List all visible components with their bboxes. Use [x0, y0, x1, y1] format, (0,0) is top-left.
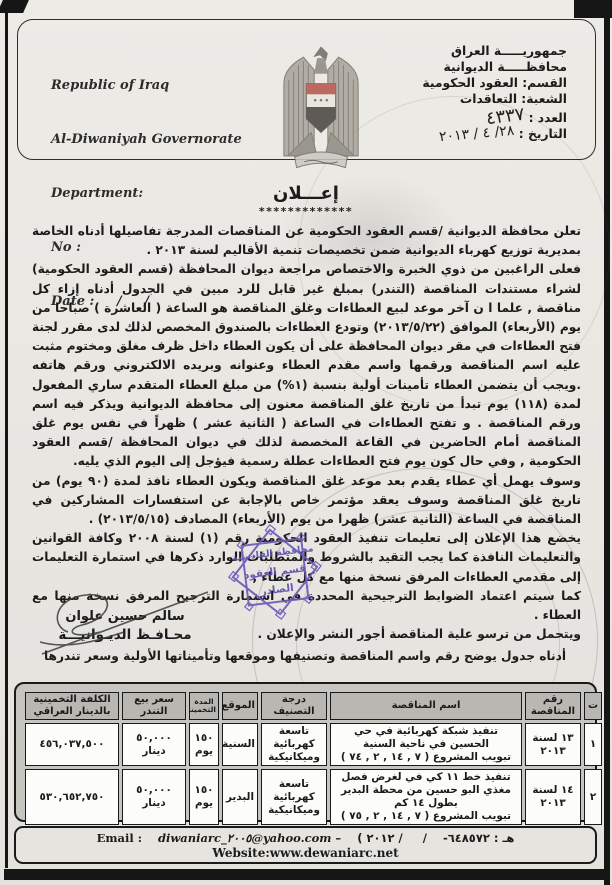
number-label-ar: العدد :: [529, 111, 567, 125]
cell-tender-number: ١٣ لسنة ٢٠١٣: [525, 723, 581, 766]
cell-tender-number: ١٤ لسنة ٢٠١٣: [525, 769, 581, 825]
contact-line: Email : diwaniarc_٢٠٠٥@yahoo.com – ( ٢٠١…: [16, 831, 595, 845]
document-number-line: العدد : ٤٣٣٧: [377, 109, 567, 126]
contact-footer-box: Email : diwaniarc_٢٠٠٥@yahoo.com – ( ٢٠١…: [14, 826, 597, 864]
website-line: Website:www.dewaniarc.net: [16, 846, 595, 860]
cell-tender-price: ٥٠,٠٠٠ دينار: [122, 723, 186, 766]
governorate-name-en: Al-Diwaniyah Governorate: [51, 132, 271, 147]
cell-tender-price: ٥٠,٠٠٠ دينار: [122, 769, 186, 825]
date-label-ar: التاريخ :: [519, 127, 567, 141]
email-label: Email :: [97, 831, 142, 845]
phone-year-part: ( ٢٠١٢ / /: [357, 831, 427, 845]
table-header-row: ت رقم المناقصة اسم المناقصة درجة التصنيف…: [25, 692, 602, 720]
governorate-name-ar: محافظـــــة الديوانية: [377, 59, 567, 75]
cell-tender-name: تنفيذ شبكة كهربائية في حي الحسين في ناحي…: [330, 723, 522, 766]
handwritten-signature: [38, 580, 213, 658]
letterhead-box: Republic of Iraq Al-Diwaniyah Governorat…: [17, 19, 596, 160]
col-header-seq: ت: [584, 692, 602, 720]
col-header-duration: المدة التخمينية: [189, 692, 219, 720]
title-divider-stars: *************: [0, 205, 612, 218]
cell-duration: ١٥٠ يوم: [189, 769, 219, 825]
body-paragraph-1: تعلن محافظة الديوانية /قسم العقود الحكوم…: [32, 222, 581, 260]
letterhead-arabic: جمهوريـــــة العراق محافظـــــة الديواني…: [377, 43, 567, 142]
document-date-value: ٢٨/ ٤ / ٢٠١٣: [438, 123, 515, 146]
phone-number: هـ : ٦٤٨٥٧٢-: [443, 831, 514, 845]
table-row: ١ ١٣ لسنة ٢٠١٣ تنفيذ شبكة كهربائية في حي…: [25, 723, 602, 766]
scan-edge-bottom: [4, 869, 604, 880]
announcement-title: إعـــلان: [0, 183, 612, 204]
cell-classification: تاسعة كهربائية وميكانيكية: [261, 723, 327, 766]
cell-seq: ١: [584, 723, 602, 766]
body-paragraph-2: فعلى الراغبين من ذوي الخبرة والاختصاص مر…: [32, 260, 581, 471]
cell-estimated-cost: ٤٥٦,٠٣٧,٥٠٠: [25, 723, 119, 766]
cell-location: البدير: [222, 769, 258, 825]
col-header-location: الموقع: [222, 692, 258, 720]
col-header-tender-price: سعر بيع التندر: [122, 692, 186, 720]
country-name-ar: جمهوريـــــة العراق: [377, 43, 567, 59]
table-row: ٢ ١٤ لسنة ٢٠١٣ تنفيذ خط ١١ كي في لغرض فص…: [25, 769, 602, 825]
scanned-document-page: Republic of Iraq Al-Diwaniyah Governorat…: [0, 0, 612, 885]
cell-tender-name: تنفيذ خط ١١ كي في لغرض فصل مغذي البو حسي…: [330, 769, 522, 825]
email-address: diwaniarc_٢٠٠٥@yahoo.com –: [158, 831, 341, 845]
cell-estimated-cost: ٥٣٠,٦٥٢,٧٥٠: [25, 769, 119, 825]
cell-location: السنية: [222, 723, 258, 766]
document-date-line: التاريخ : ٢٨/ ٤ / ٢٠١٣: [377, 126, 567, 142]
col-header-tender-number: رقم المناقصة: [525, 692, 581, 720]
stamp-text-contracts-dept: قسم العقود: [243, 562, 307, 582]
tenders-table: ت رقم المناقصة اسم المناقصة درجة التصنيف…: [22, 689, 605, 828]
country-name-en: Republic of Iraq: [51, 78, 271, 93]
section-line-ar: الشعبة: التعاقدات: [377, 91, 567, 107]
iraq-coat-of-arms-emblem: [277, 43, 365, 173]
department-line-ar: القسم: العقود الحكومية: [377, 75, 567, 91]
col-header-tender-name: اسم المناقصة: [330, 692, 522, 720]
scan-edge-left: [5, 12, 8, 868]
col-header-estimated-cost: الكلفة التخمينية بالدينار العراقي: [25, 692, 119, 720]
cell-classification: تاسعة كهربائية وميكانيكية: [261, 769, 327, 825]
cell-seq: ٢: [584, 769, 602, 825]
tenders-table-frame: ت رقم المناقصة اسم المناقصة درجة التصنيف…: [14, 682, 597, 822]
stamp-text-outgoing: الصادر: [259, 582, 294, 598]
col-header-classification: درجة التصنيف: [261, 692, 327, 720]
official-star-stamp: محافظة القادسية قسم العقود الصادر: [207, 511, 343, 633]
cell-duration: ١٥٠ يوم: [189, 723, 219, 766]
